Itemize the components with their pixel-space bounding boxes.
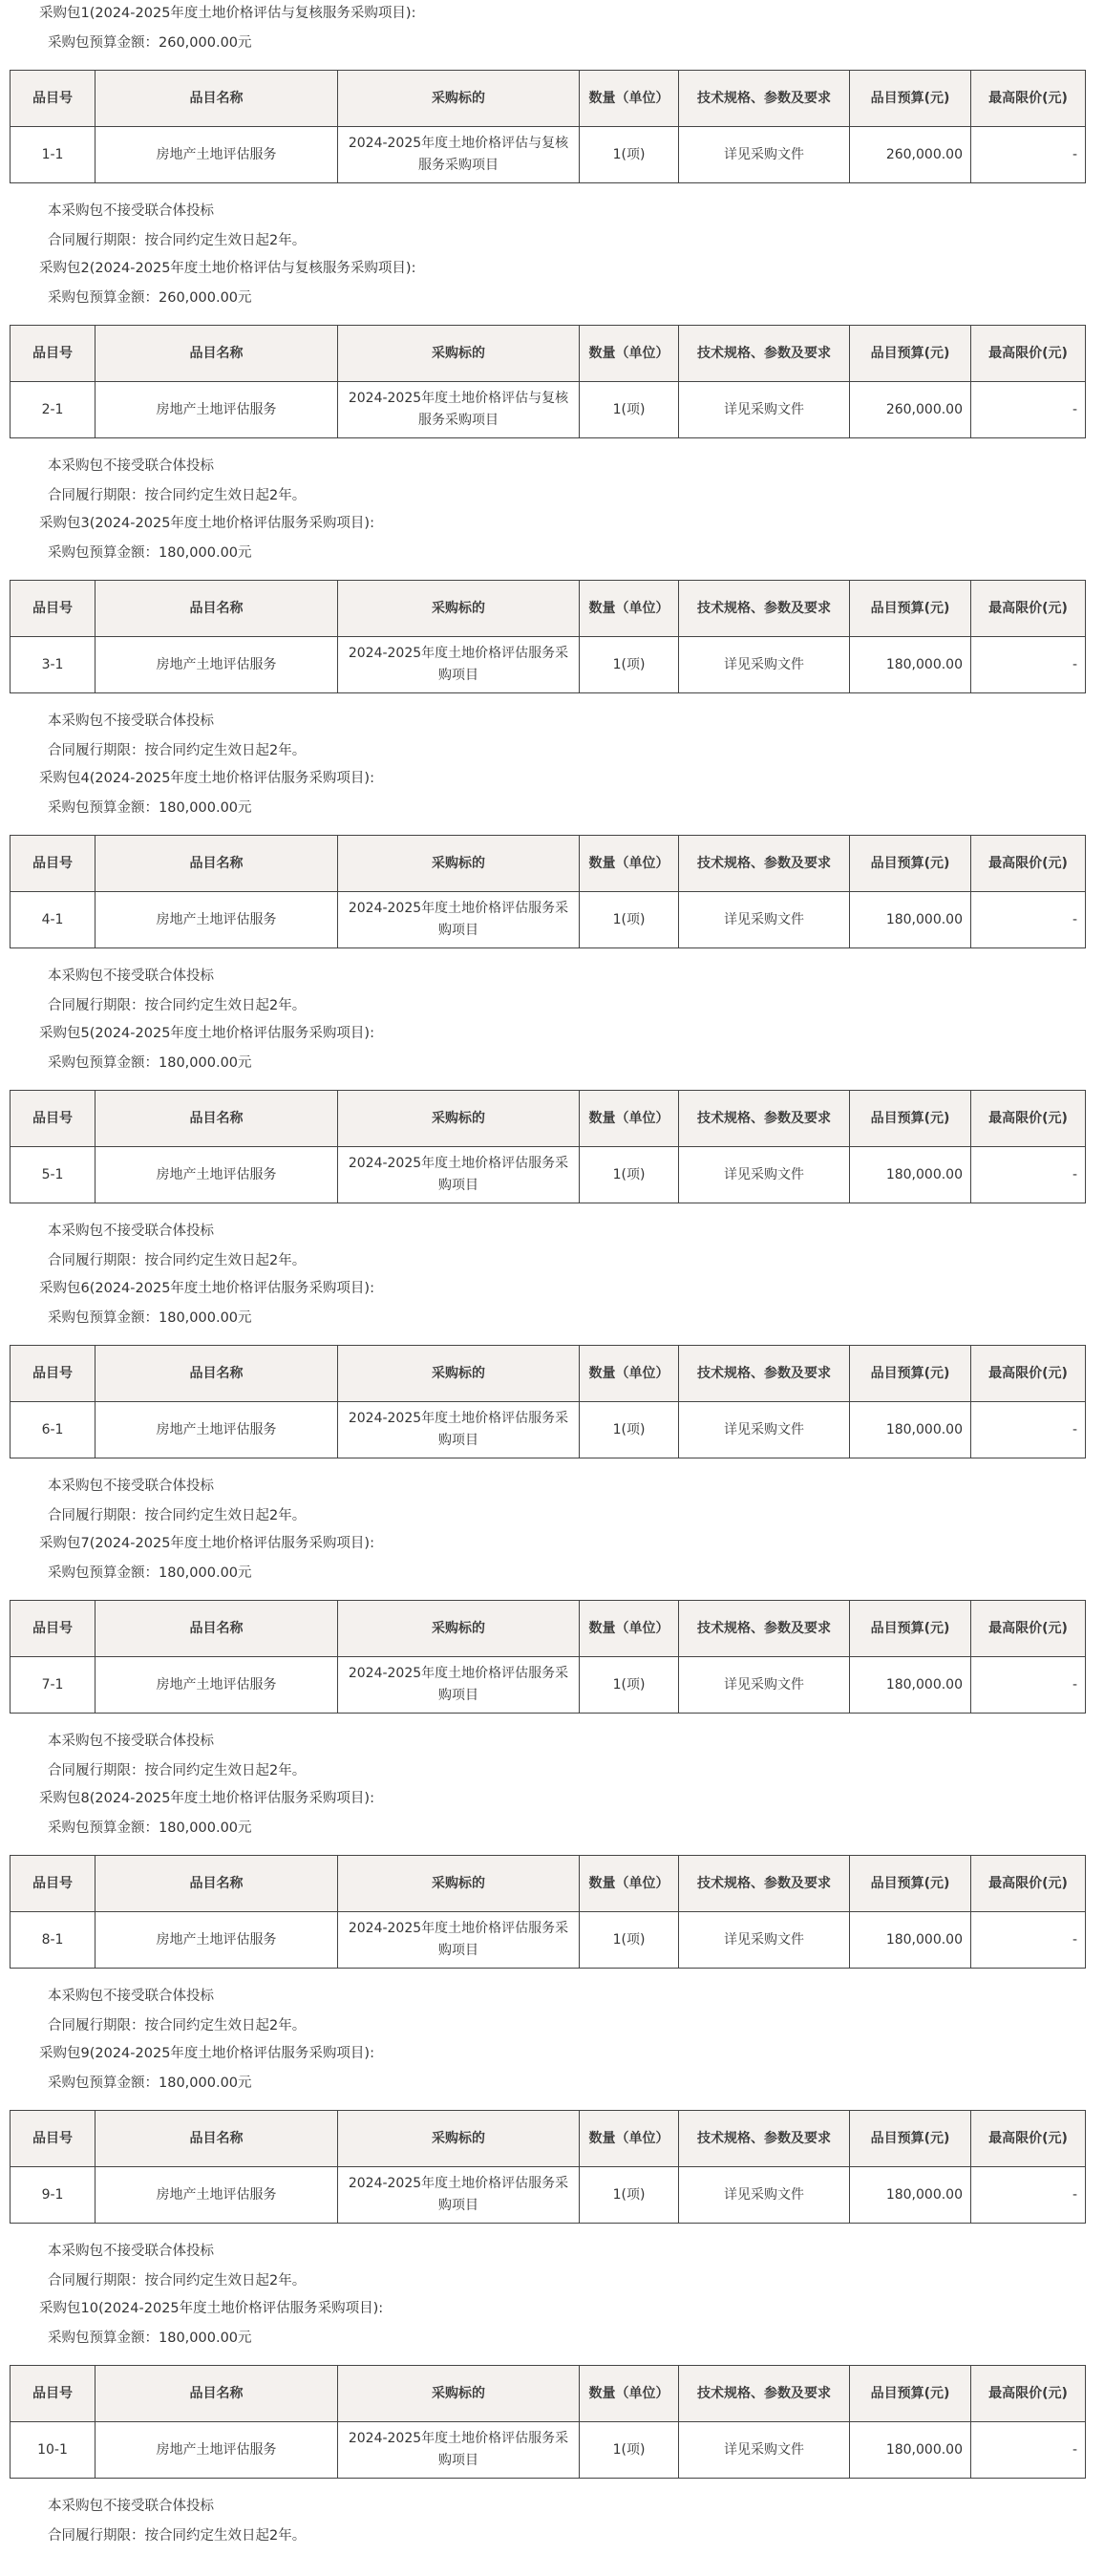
cell-spec: 详见采购文件 [679,382,850,438]
cell-quantity: 1(项) [580,637,679,693]
package-budget: 采购包预算金额：180,000.00元 [48,798,252,818]
col-header-spec: 技术规格、参数及要求 [679,2111,850,2167]
cell-max-price: - [971,127,1086,183]
col-header-item-no: 品目号 [11,326,96,382]
col-header-quantity: 数量（单位） [580,1091,679,1147]
col-header-item-name: 品目名称 [96,326,338,382]
cell-item-name: 房地产土地评估服务 [96,1402,338,1458]
col-header-quantity: 数量（单位） [580,71,679,127]
contract-term-note: 合同履行期限：按合同约定生效日起2年。 [48,1251,306,1270]
procurement-package: 采购包1(2024-2025年度土地价格评估与复核服务采购项目): 采购包预算金… [0,0,1104,255]
col-header-spec: 技术规格、参数及要求 [679,1346,850,1402]
table-header-row: 品目号 品目名称 采购标的 数量（单位） 技术规格、参数及要求 品目预算(元) … [11,2111,1086,2167]
col-header-quantity: 数量（单位） [580,2111,679,2167]
cell-item-no: 5-1 [11,1147,96,1203]
col-header-item-no: 品目号 [11,2111,96,2167]
col-header-item-name: 品目名称 [96,2111,338,2167]
col-header-item-budget: 品目预算(元) [850,2111,971,2167]
consortium-note: 本采购包不接受联合体投标 [48,1732,214,1751]
cell-subject: 2024-2025年度土地价格评估与复核服务采购项目 [338,127,580,183]
procurement-package: 采购包2(2024-2025年度土地价格评估与复核服务采购项目): 采购包预算金… [0,255,1104,510]
col-header-item-name: 品目名称 [96,836,338,892]
table-row: 10-1 房地产土地评估服务 2024-2025年度土地价格评估服务采购项目 1… [11,2422,1086,2479]
items-table: 品目号 品目名称 采购标的 数量（单位） 技术规格、参数及要求 品目预算(元) … [10,1345,1086,1458]
cell-subject: 2024-2025年度土地价格评估服务采购项目 [338,1912,580,1969]
cell-item-no: 9-1 [11,2167,96,2224]
cell-quantity: 1(项) [580,127,679,183]
col-header-item-budget: 品目预算(元) [850,1601,971,1657]
contract-term-note: 合同履行期限：按合同约定生效日起2年。 [48,2271,306,2290]
table-row: 2-1 房地产土地评估服务 2024-2025年度土地价格评估与复核服务采购项目… [11,382,1086,438]
cell-max-price: - [971,892,1086,948]
package-title: 采购包3(2024-2025年度土地价格评估服务采购项目): [39,514,374,533]
cell-max-price: - [971,2422,1086,2479]
cell-item-budget: 180,000.00 [850,1402,971,1458]
col-header-max-price: 最高限价(元) [971,581,1086,637]
col-header-item-budget: 品目预算(元) [850,2366,971,2422]
col-header-spec: 技术规格、参数及要求 [679,1601,850,1657]
col-header-max-price: 最高限价(元) [971,71,1086,127]
cell-item-no: 10-1 [11,2422,96,2479]
cell-subject: 2024-2025年度土地价格评估服务采购项目 [338,892,580,948]
table-row: 3-1 房地产土地评估服务 2024-2025年度土地价格评估服务采购项目 1(… [11,637,1086,693]
cell-item-no: 1-1 [11,127,96,183]
cell-spec: 详见采购文件 [679,892,850,948]
col-header-spec: 技术规格、参数及要求 [679,2366,850,2422]
col-header-item-name: 品目名称 [96,1091,338,1147]
procurement-package: 采购包6(2024-2025年度土地价格评估服务采购项目): 采购包预算金额：1… [0,1275,1104,1530]
cell-max-price: - [971,382,1086,438]
contract-term-note: 合同履行期限：按合同约定生效日起2年。 [48,486,306,505]
consortium-note: 本采购包不接受联合体投标 [48,967,214,986]
table-header-row: 品目号 品目名称 采购标的 数量（单位） 技术规格、参数及要求 品目预算(元) … [11,2366,1086,2422]
cell-item-no: 3-1 [11,637,96,693]
table-row: 7-1 房地产土地评估服务 2024-2025年度土地价格评估服务采购项目 1(… [11,1657,1086,1714]
package-title: 采购包6(2024-2025年度土地价格评估服务采购项目): [39,1279,374,1298]
table-row: 5-1 房地产土地评估服务 2024-2025年度土地价格评估服务采购项目 1(… [11,1147,1086,1203]
package-title: 采购包8(2024-2025年度土地价格评估服务采购项目): [39,1789,374,1808]
table-header-row: 品目号 品目名称 采购标的 数量（单位） 技术规格、参数及要求 品目预算(元) … [11,1346,1086,1402]
package-title: 采购包5(2024-2025年度土地价格评估服务采购项目): [39,1024,374,1043]
procurement-package: 采购包10(2024-2025年度土地价格评估服务采购项目): 采购包预算金额：… [0,2295,1104,2550]
cell-quantity: 1(项) [580,892,679,948]
cell-quantity: 1(项) [580,1402,679,1458]
table-header-row: 品目号 品目名称 采购标的 数量（单位） 技术规格、参数及要求 品目预算(元) … [11,71,1086,127]
cell-subject: 2024-2025年度土地价格评估服务采购项目 [338,637,580,693]
cell-item-budget: 180,000.00 [850,1657,971,1714]
cell-item-no: 7-1 [11,1657,96,1714]
cell-item-name: 房地产土地评估服务 [96,2422,338,2479]
package-title: 采购包7(2024-2025年度土地价格评估服务采购项目): [39,1534,374,1553]
cell-item-no: 8-1 [11,1912,96,1969]
cell-spec: 详见采购文件 [679,2167,850,2224]
col-header-item-no: 品目号 [11,71,96,127]
cell-quantity: 1(项) [580,1147,679,1203]
col-header-max-price: 最高限价(元) [971,1346,1086,1402]
cell-spec: 详见采购文件 [679,1657,850,1714]
items-table: 品目号 品目名称 采购标的 数量（单位） 技术规格、参数及要求 品目预算(元) … [10,2365,1086,2479]
procurement-document: 采购包1(2024-2025年度土地价格评估与复核服务采购项目): 采购包预算金… [0,0,1104,2550]
cell-item-no: 6-1 [11,1402,96,1458]
package-budget: 采购包预算金额：260,000.00元 [48,288,252,308]
col-header-spec: 技术规格、参数及要求 [679,836,850,892]
cell-item-budget: 180,000.00 [850,1147,971,1203]
col-header-item-no: 品目号 [11,2366,96,2422]
col-header-item-no: 品目号 [11,1601,96,1657]
package-budget: 采购包预算金额：180,000.00元 [48,543,252,563]
cell-subject: 2024-2025年度土地价格评估服务采购项目 [338,1657,580,1714]
clipped-next-heading [13,2572,147,2576]
contract-term-note: 合同履行期限：按合同约定生效日起2年。 [48,1761,306,1780]
col-header-subject: 采购标的 [338,71,580,127]
table-header-row: 品目号 品目名称 采购标的 数量（单位） 技术规格、参数及要求 品目预算(元) … [11,1856,1086,1912]
package-budget: 采购包预算金额：180,000.00元 [48,1564,252,1583]
cell-item-name: 房地产土地评估服务 [96,127,338,183]
consortium-note: 本采购包不接受联合体投标 [48,712,214,731]
col-header-quantity: 数量（单位） [580,2366,679,2422]
col-header-spec: 技术规格、参数及要求 [679,1091,850,1147]
cell-item-budget: 180,000.00 [850,2422,971,2479]
cell-item-no: 2-1 [11,382,96,438]
consortium-note: 本采购包不接受联合体投标 [48,457,214,476]
cell-quantity: 1(项) [580,1912,679,1969]
procurement-package: 采购包5(2024-2025年度土地价格评估服务采购项目): 采购包预算金额：1… [0,1020,1104,1275]
procurement-package: 采购包3(2024-2025年度土地价格评估服务采购项目): 采购包预算金额：1… [0,510,1104,765]
table-header-row: 品目号 品目名称 采购标的 数量（单位） 技术规格、参数及要求 品目预算(元) … [11,1091,1086,1147]
cell-item-name: 房地产土地评估服务 [96,892,338,948]
col-header-item-no: 品目号 [11,1091,96,1147]
col-header-subject: 采购标的 [338,2111,580,2167]
package-budget: 采购包预算金额：180,000.00元 [48,2074,252,2093]
cell-max-price: - [971,1912,1086,1969]
cell-max-price: - [971,2167,1086,2224]
cell-item-budget: 180,000.00 [850,892,971,948]
col-header-max-price: 最高限价(元) [971,326,1086,382]
table-header-row: 品目号 品目名称 采购标的 数量（单位） 技术规格、参数及要求 品目预算(元) … [11,581,1086,637]
items-table: 品目号 品目名称 采购标的 数量（单位） 技术规格、参数及要求 品目预算(元) … [10,2110,1086,2224]
cell-spec: 详见采购文件 [679,1912,850,1969]
table-header-row: 品目号 品目名称 采购标的 数量（单位） 技术规格、参数及要求 品目预算(元) … [11,1601,1086,1657]
table-row: 1-1 房地产土地评估服务 2024-2025年度土地价格评估与复核服务采购项目… [11,127,1086,183]
cell-item-budget: 180,000.00 [850,2167,971,2224]
cell-item-no: 4-1 [11,892,96,948]
package-budget: 采购包预算金额：180,000.00元 [48,2329,252,2348]
contract-term-note: 合同履行期限：按合同约定生效日起2年。 [48,1506,306,1525]
col-header-subject: 采购标的 [338,1346,580,1402]
col-header-item-no: 品目号 [11,1346,96,1402]
cell-item-name: 房地产土地评估服务 [96,1147,338,1203]
col-header-quantity: 数量（单位） [580,1346,679,1402]
cell-subject: 2024-2025年度土地价格评估服务采购项目 [338,2167,580,2224]
col-header-subject: 采购标的 [338,1856,580,1912]
col-header-quantity: 数量（单位） [580,581,679,637]
cell-max-price: - [971,1657,1086,1714]
cell-item-name: 房地产土地评估服务 [96,637,338,693]
col-header-item-budget: 品目预算(元) [850,836,971,892]
cell-subject: 2024-2025年度土地价格评估服务采购项目 [338,1402,580,1458]
col-header-max-price: 最高限价(元) [971,2111,1086,2167]
cell-spec: 详见采购文件 [679,1147,850,1203]
items-table: 品目号 品目名称 采购标的 数量（单位） 技术规格、参数及要求 品目预算(元) … [10,835,1086,948]
contract-term-note: 合同履行期限：按合同约定生效日起2年。 [48,741,306,760]
col-header-item-no: 品目号 [11,581,96,637]
cell-max-price: - [971,637,1086,693]
cell-max-price: - [971,1402,1086,1458]
consortium-note: 本采购包不接受联合体投标 [48,2497,214,2516]
col-header-item-name: 品目名称 [96,581,338,637]
cell-item-name: 房地产土地评估服务 [96,1657,338,1714]
package-budget: 采购包预算金额：180,000.00元 [48,1819,252,1838]
contract-term-note: 合同履行期限：按合同约定生效日起2年。 [48,2016,306,2035]
cell-quantity: 1(项) [580,1657,679,1714]
cell-item-name: 房地产土地评估服务 [96,382,338,438]
procurement-package: 采购包7(2024-2025年度土地价格评估服务采购项目): 采购包预算金额：1… [0,1530,1104,1785]
table-row: 9-1 房地产土地评估服务 2024-2025年度土地价格评估服务采购项目 1(… [11,2167,1086,2224]
col-header-item-budget: 品目预算(元) [850,71,971,127]
cell-item-name: 房地产土地评估服务 [96,2167,338,2224]
cell-item-budget: 260,000.00 [850,127,971,183]
col-header-subject: 采购标的 [338,1091,580,1147]
package-title: 采购包2(2024-2025年度土地价格评估与复核服务采购项目): [39,259,415,278]
col-header-spec: 技术规格、参数及要求 [679,1856,850,1912]
procurement-package: 采购包9(2024-2025年度土地价格评估服务采购项目): 采购包预算金额：1… [0,2040,1104,2295]
procurement-package: 采购包4(2024-2025年度土地价格评估服务采购项目): 采购包预算金额：1… [0,765,1104,1020]
consortium-note: 本采购包不接受联合体投标 [48,1987,214,2006]
items-table: 品目号 品目名称 采购标的 数量（单位） 技术规格、参数及要求 品目预算(元) … [10,1090,1086,1203]
cell-spec: 详见采购文件 [679,2422,850,2479]
col-header-quantity: 数量（单位） [580,836,679,892]
col-header-item-no: 品目号 [11,836,96,892]
table-header-row: 品目号 品目名称 采购标的 数量（单位） 技术规格、参数及要求 品目预算(元) … [11,836,1086,892]
consortium-note: 本采购包不接受联合体投标 [48,2242,214,2261]
consortium-note: 本采购包不接受联合体投标 [48,1222,214,1241]
package-title: 采购包1(2024-2025年度土地价格评估与复核服务采购项目): [39,4,415,23]
col-header-item-budget: 品目预算(元) [850,581,971,637]
contract-term-note: 合同履行期限：按合同约定生效日起2年。 [48,996,306,1015]
col-header-spec: 技术规格、参数及要求 [679,71,850,127]
package-title: 采购包10(2024-2025年度土地价格评估服务采购项目): [39,2299,383,2318]
cell-item-budget: 180,000.00 [850,1912,971,1969]
col-header-max-price: 最高限价(元) [971,836,1086,892]
package-budget: 采购包预算金额：180,000.00元 [48,1054,252,1073]
col-header-quantity: 数量（单位） [580,326,679,382]
table-row: 4-1 房地产土地评估服务 2024-2025年度土地价格评估服务采购项目 1(… [11,892,1086,948]
cell-subject: 2024-2025年度土地价格评估服务采购项目 [338,1147,580,1203]
col-header-item-name: 品目名称 [96,2366,338,2422]
contract-term-note: 合同履行期限：按合同约定生效日起2年。 [48,2526,306,2545]
col-header-item-name: 品目名称 [96,1346,338,1402]
cell-quantity: 1(项) [580,2167,679,2224]
col-header-max-price: 最高限价(元) [971,1091,1086,1147]
contract-term-note: 合同履行期限：按合同约定生效日起2年。 [48,231,306,250]
items-table: 品目号 品目名称 采购标的 数量（单位） 技术规格、参数及要求 品目预算(元) … [10,580,1086,693]
col-header-item-no: 品目号 [11,1856,96,1912]
items-table: 品目号 品目名称 采购标的 数量（单位） 技术规格、参数及要求 品目预算(元) … [10,70,1086,183]
table-header-row: 品目号 品目名称 采购标的 数量（单位） 技术规格、参数及要求 品目预算(元) … [11,326,1086,382]
cell-subject: 2024-2025年度土地价格评估与复核服务采购项目 [338,382,580,438]
col-header-item-name: 品目名称 [96,1856,338,1912]
cell-item-budget: 180,000.00 [850,637,971,693]
table-row: 8-1 房地产土地评估服务 2024-2025年度土地价格评估服务采购项目 1(… [11,1912,1086,1969]
col-header-max-price: 最高限价(元) [971,1856,1086,1912]
cell-spec: 详见采购文件 [679,127,850,183]
col-header-subject: 采购标的 [338,1601,580,1657]
col-header-item-budget: 品目预算(元) [850,1346,971,1402]
cell-spec: 详见采购文件 [679,1402,850,1458]
col-header-max-price: 最高限价(元) [971,1601,1086,1657]
items-table: 品目号 品目名称 采购标的 数量（单位） 技术规格、参数及要求 品目预算(元) … [10,325,1086,438]
col-header-item-budget: 品目预算(元) [850,1856,971,1912]
procurement-package: 采购包8(2024-2025年度土地价格评估服务采购项目): 采购包预算金额：1… [0,1785,1104,2040]
col-header-subject: 采购标的 [338,2366,580,2422]
cell-item-name: 房地产土地评估服务 [96,1912,338,1969]
col-header-subject: 采购标的 [338,326,580,382]
cell-max-price: - [971,1147,1086,1203]
cell-spec: 详见采购文件 [679,637,850,693]
consortium-note: 本采购包不接受联合体投标 [48,1477,214,1496]
col-header-max-price: 最高限价(元) [971,2366,1086,2422]
col-header-subject: 采购标的 [338,581,580,637]
col-header-spec: 技术规格、参数及要求 [679,581,850,637]
col-header-item-name: 品目名称 [96,71,338,127]
col-header-quantity: 数量（单位） [580,1856,679,1912]
cell-quantity: 1(项) [580,2422,679,2479]
items-table: 品目号 品目名称 采购标的 数量（单位） 技术规格、参数及要求 品目预算(元) … [10,1600,1086,1714]
col-header-item-budget: 品目预算(元) [850,326,971,382]
col-header-item-budget: 品目预算(元) [850,1091,971,1147]
col-header-subject: 采购标的 [338,836,580,892]
col-header-quantity: 数量（单位） [580,1601,679,1657]
col-header-item-name: 品目名称 [96,1601,338,1657]
package-budget: 采购包预算金额：180,000.00元 [48,1309,252,1328]
table-row: 6-1 房地产土地评估服务 2024-2025年度土地价格评估服务采购项目 1(… [11,1402,1086,1458]
cell-quantity: 1(项) [580,382,679,438]
items-table: 品目号 品目名称 采购标的 数量（单位） 技术规格、参数及要求 品目预算(元) … [10,1855,1086,1969]
package-budget: 采购包预算金额：260,000.00元 [48,33,252,53]
package-title: 采购包4(2024-2025年度土地价格评估服务采购项目): [39,769,374,788]
cell-item-budget: 260,000.00 [850,382,971,438]
package-title: 采购包9(2024-2025年度土地价格评估服务采购项目): [39,2044,374,2063]
col-header-spec: 技术规格、参数及要求 [679,326,850,382]
consortium-note: 本采购包不接受联合体投标 [48,202,214,221]
cell-subject: 2024-2025年度土地价格评估服务采购项目 [338,2422,580,2479]
